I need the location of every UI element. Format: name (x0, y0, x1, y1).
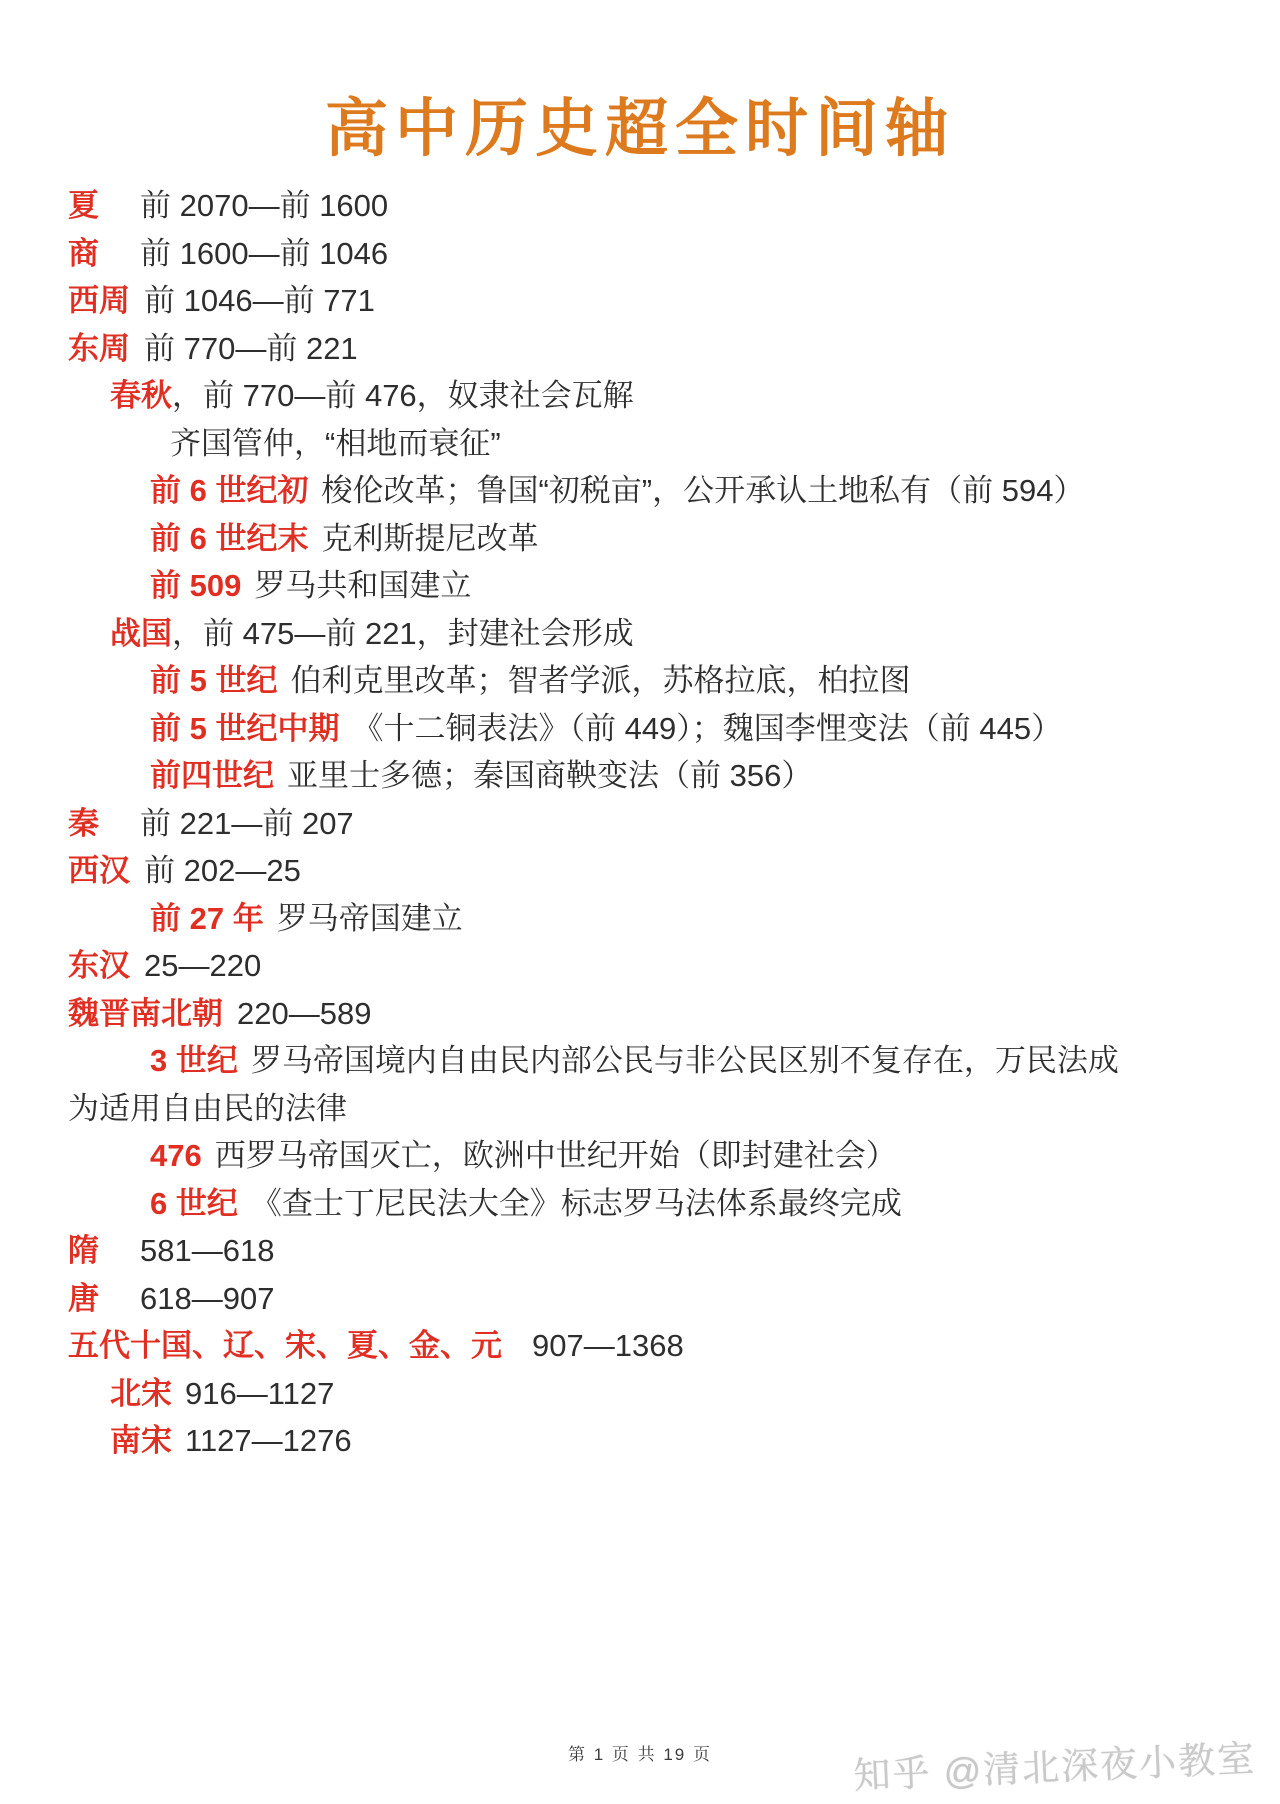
era-text: 克利斯提尼改革 (321, 521, 538, 556)
era-text: 伯利克里改革；智者学派，苏格拉底，柏拉图 (290, 663, 910, 698)
timeline-row: 前四世纪亚里士多德；秦国商鞅变法（前 356） (68, 752, 1216, 800)
timeline-row: 商前 1600—前 1046 (68, 230, 1216, 278)
era-text: 罗马共和国建立 (254, 568, 471, 603)
era-text: 《查士丁尼民法大全》标志罗马法体系最终完成 (251, 1186, 902, 1221)
timeline-row: 唐618—907 (68, 1275, 1216, 1323)
era-text: ，前 475—前 221，封建社会形成 (172, 616, 634, 651)
era-text: 618—907 (140, 1281, 274, 1316)
era-text: 前 1046—前 771 (144, 283, 375, 318)
timeline-row: 前 6 世纪初梭伦改革；鲁国“初税亩”，公开承认土地私有（前 594） (68, 467, 1216, 515)
era-text: 916—1127 (185, 1376, 334, 1411)
timeline-row: 五代十国、辽、宋、夏、金、元907—1368 (68, 1322, 1216, 1370)
era-text: 25—220 (144, 948, 261, 983)
era-label: 前四世纪 (150, 752, 274, 800)
era-text: ，前 770—前 476，奴隶社会瓦解 (172, 378, 634, 413)
era-text: 齐国管仲，“相地而衰征” (170, 426, 501, 461)
era-label: 隋 (68, 1227, 126, 1275)
timeline-row: 秦前 221—前 207 (68, 800, 1216, 848)
era-label: 南宋 (110, 1417, 172, 1465)
era-label: 商 (68, 230, 126, 278)
era-label: 战国 (110, 610, 172, 658)
era-label: 西周 (68, 277, 130, 325)
era-label: 魏晋南北朝 (68, 990, 223, 1038)
era-label: 西汉 (68, 847, 130, 895)
timeline: 夏前 2070—前 1600商前 1600—前 1046西周前 1046—前 7… (0, 182, 1280, 1465)
era-label: 前 6 世纪初 (150, 467, 308, 515)
era-label: 春秋 (110, 372, 172, 420)
era-text: 前 221—前 207 (140, 806, 354, 841)
timeline-row: 3 世纪罗马帝国境内自由民内部公民与非公民区别不复存在，万民法成 (68, 1037, 1216, 1085)
timeline-row: 前 509罗马共和国建立 (68, 562, 1216, 610)
era-text: 前 1600—前 1046 (140, 236, 388, 271)
era-label: 夏 (68, 182, 126, 230)
timeline-row: 魏晋南北朝220—589 (68, 990, 1216, 1038)
timeline-row: 北宋916—1127 (68, 1370, 1216, 1418)
timeline-row: 西周前 1046—前 771 (68, 277, 1216, 325)
era-label: 秦 (68, 800, 126, 848)
era-text: 前 770—前 221 (144, 331, 358, 366)
era-label: 五代十国、辽、宋、夏、金、元 (68, 1322, 502, 1370)
era-text: 为适用自由民的法律 (68, 1091, 347, 1126)
timeline-row: 前 6 世纪末克利斯提尼改革 (68, 515, 1216, 563)
timeline-row: 东周前 770—前 221 (68, 325, 1216, 373)
era-label: 前 509 (150, 562, 241, 610)
timeline-row: 前 5 世纪伯利克里改革；智者学派，苏格拉底，柏拉图 (68, 657, 1216, 705)
era-label: 前 27 年 (150, 895, 264, 943)
timeline-row: 西汉前 202—25 (68, 847, 1216, 895)
era-label: 6 世纪 (150, 1180, 238, 1228)
era-label: 东周 (68, 325, 130, 373)
era-text: 《十二铜表法》（前 449）；魏国李悝变法（前 445） (352, 711, 1062, 746)
timeline-row: 隋581—618 (68, 1227, 1216, 1275)
timeline-row: 战国，前 475—前 221，封建社会形成 (68, 610, 1216, 658)
era-text: 前 2070—前 1600 (140, 188, 388, 223)
page-title: 高中历史超全时间轴 (0, 0, 1280, 166)
era-text: 亚里士多德；秦国商鞅变法（前 356） (287, 758, 812, 793)
timeline-row: 476西罗马帝国灭亡，欧洲中世纪开始（即封建社会） (68, 1132, 1216, 1180)
timeline-row: 春秋，前 770—前 476，奴隶社会瓦解 (68, 372, 1216, 420)
era-text: 罗马帝国境内自由民内部公民与非公民区别不复存在，万民法成 (251, 1043, 1119, 1078)
timeline-row: 齐国管仲，“相地而衰征” (68, 420, 1216, 468)
timeline-row: 夏前 2070—前 1600 (68, 182, 1216, 230)
timeline-row: 为适用自由民的法律 (68, 1085, 1216, 1133)
timeline-row: 东汉25—220 (68, 942, 1216, 990)
timeline-row: 6 世纪《查士丁尼民法大全》标志罗马法体系最终完成 (68, 1180, 1216, 1228)
era-text: 581—618 (140, 1233, 274, 1268)
era-label: 前 5 世纪中期 (150, 705, 339, 753)
timeline-row: 南宋1127—1276 (68, 1417, 1216, 1465)
document-page: 高中历史超全时间轴 夏前 2070—前 1600商前 1600—前 1046西周… (0, 0, 1280, 1804)
era-text: 罗马帝国建立 (277, 901, 463, 936)
era-label: 476 (150, 1132, 202, 1180)
era-label: 前 5 世纪 (150, 657, 277, 705)
era-text: 220—589 (237, 996, 371, 1031)
era-label: 北宋 (110, 1370, 172, 1418)
era-text: 907—1368 (532, 1328, 684, 1363)
era-label: 3 世纪 (150, 1037, 238, 1085)
watermark: 知乎 @清北深夜小教室 (852, 1728, 1257, 1800)
era-text: 前 202—25 (144, 853, 301, 888)
era-text: 梭伦改革；鲁国“初税亩”，公开承认土地私有（前 594） (321, 473, 1084, 508)
era-label: 唐 (68, 1275, 126, 1323)
era-label: 前 6 世纪末 (150, 515, 308, 563)
era-text: 1127—1276 (185, 1423, 352, 1458)
timeline-row: 前 5 世纪中期《十二铜表法》（前 449）；魏国李悝变法（前 445） (68, 705, 1216, 753)
timeline-row: 前 27 年罗马帝国建立 (68, 895, 1216, 943)
era-label: 东汉 (68, 942, 130, 990)
era-text: 西罗马帝国灭亡，欧洲中世纪开始（即封建社会） (215, 1138, 897, 1173)
